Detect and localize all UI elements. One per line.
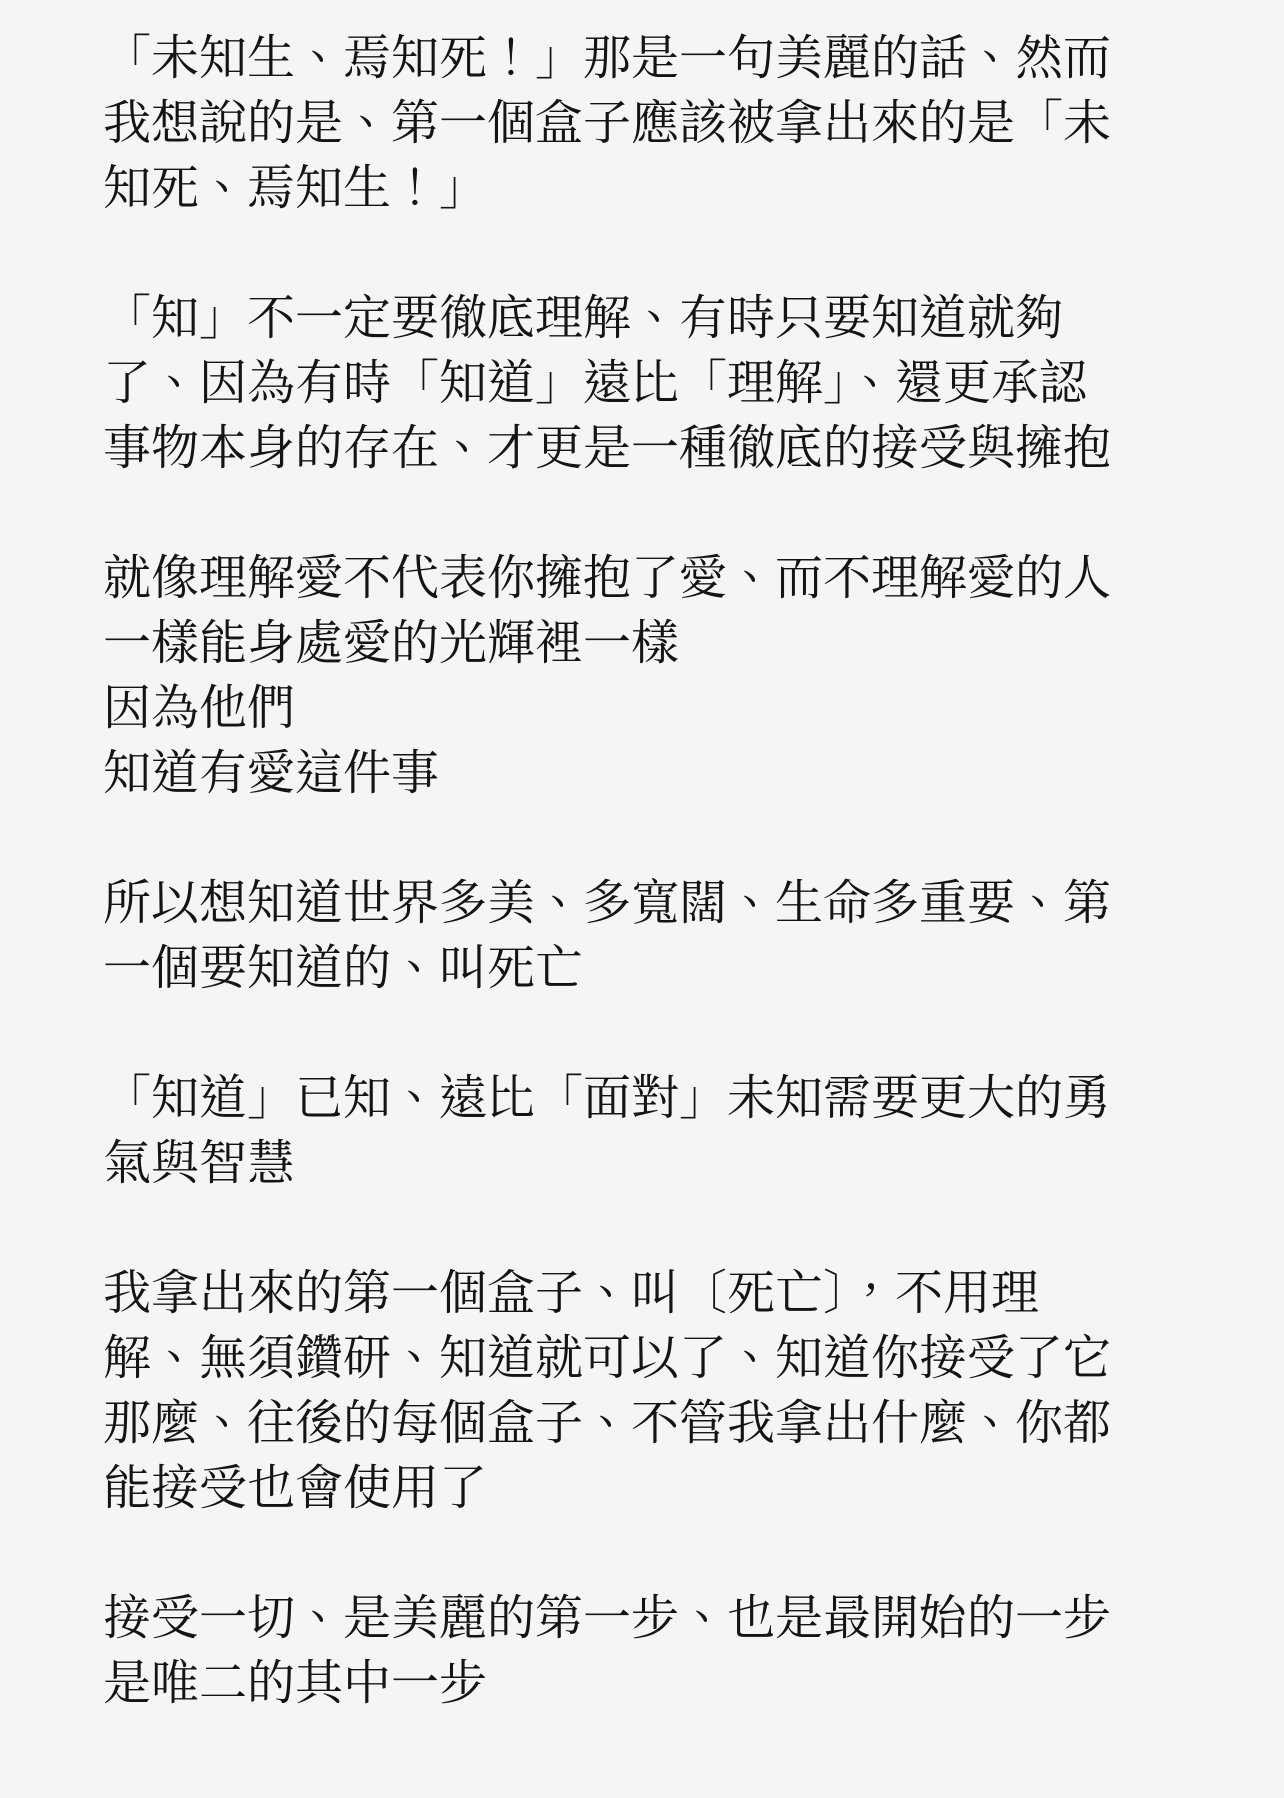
paragraph-3: 就像理解愛不代表你擁抱了愛、而不理解愛的人 一樣能身處愛的光輝裡一樣 因為他們 … [103, 546, 1214, 806]
paragraph-5: 「知道」已知、遠比「面對」未知需要更大的勇 氣與智慧 [103, 1066, 1214, 1196]
paragraph-2: 「知」不一定要徹底理解、有時只要知道就夠 了、因為有時「知道」遠比「理解」、還更… [103, 286, 1214, 481]
paragraph-4: 所以想知道世界多美、多寬闊、生命多重要、第 一個要知道的、叫死亡 [103, 871, 1214, 1001]
paragraph-1: 「未知生、焉知死！」那是一句美麗的話、然而 我想說的是、第一個盒子應該被拿出來的… [103, 26, 1214, 221]
paragraph-7: 接受一切、是美麗的第一步、也是最開始的一步 是唯二的其中一步 [103, 1586, 1214, 1716]
document-page: 「未知生、焉知死！」那是一句美麗的話、然而 我想說的是、第一個盒子應該被拿出來的… [0, 0, 1284, 1798]
paragraph-6: 我拿出來的第一個盒子、叫〔死亡〕，不用理 解、無須鑽研、知道就可以了、知道你接受… [103, 1261, 1214, 1521]
